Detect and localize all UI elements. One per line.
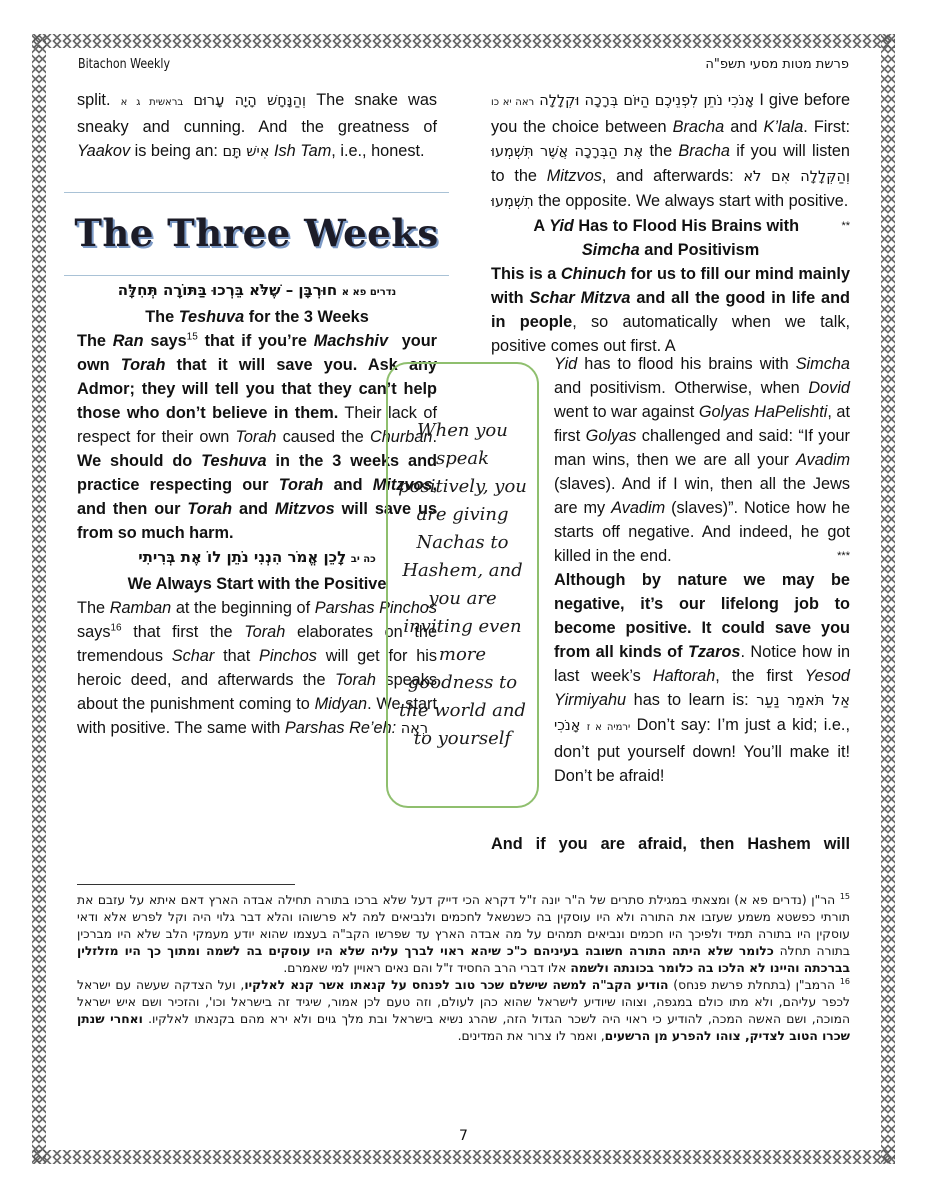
source-ref: בראשית ג א: [121, 97, 183, 108]
right-column-tail: And if you are afraid, then Hashem will: [491, 832, 850, 856]
paragraph-ran: The Ran says15 that if you’re Machshiv y…: [77, 329, 437, 545]
section-title-block: The Three Weeks: [64, 192, 449, 276]
right-column-wrap: Yid has to flood his brains with Simcha …: [554, 352, 850, 788]
paragraph-ramban: The Ramban at the beginning of Parshas P…: [77, 596, 437, 741]
hebrew-heading-2: לָכֵן אֱמֹר הִנְנִי נֹתֵן לוֹ אֶת בְּרִי…: [77, 545, 437, 572]
section-separator-2: ***: [837, 544, 850, 568]
footnote-15: 15 הר"ן (נדרים פא א) ומצאתי במגילת סתרים…: [77, 892, 850, 977]
publication-name: Bitachon Weekly: [78, 57, 170, 72]
hebrew-heading: חוּרְבָּן – שֶׁלֹּא בֵּרְכוּ בַּתּוֹרָה …: [77, 278, 437, 305]
intro-paragraph-right: ראה יא כו אָנֹכִי נֹתֵן לִפְנֵיכֶם הַיּו…: [491, 88, 850, 214]
footnote-separator: [77, 884, 295, 885]
subheading-teshuva: The Teshuva for the 3 Weeks: [77, 305, 437, 329]
right-column: ראה יא כו אָנֹכִי נֹתֵן לִפְנֵיכֶם הַיּו…: [491, 88, 850, 358]
parsha-header: פרשת מטות מסעי תשפ"ה: [705, 57, 849, 72]
pull-quote-text: When you speak positively, you are givin…: [388, 417, 537, 753]
border-bottom: [32, 1150, 895, 1164]
border-right: [881, 34, 895, 1164]
section-separator: **: [841, 214, 850, 238]
hebrew-quote: וְהַנָּחָשׁ הָיָה עָרוּם: [193, 93, 306, 109]
footnote-16: 16 הרמב"ן (בתחלת פרשת פנחס) הודיע הקב"ה …: [77, 977, 850, 1045]
paragraph-afraid: And if you are afraid, then Hashem will: [491, 832, 850, 856]
paragraph-dovid: Yid has to flood his brains with Simcha …: [554, 352, 850, 568]
subheading-positive: We Always Start with the Positive: [77, 572, 437, 596]
intro-paragraph: split. בראשית ג א וְהַנָּחָשׁ הָיָה עָרו…: [77, 88, 437, 164]
left-column: split. בראשית ג א וְהַנָּחָשׁ הָיָה עָרו…: [77, 88, 437, 164]
page-number: 7: [0, 1128, 927, 1144]
section-title: The Three Weeks: [64, 193, 449, 273]
border-top: [32, 34, 895, 48]
heading-flood-brains: A Yid Has to Flood His Brains with Simch…: [491, 214, 850, 262]
paragraph-chinuch: This is a Chinuch for us to fill our min…: [491, 262, 850, 358]
pull-quote-box: When you speak positively, you are givin…: [386, 362, 539, 808]
footnotes: 15 הר"ן (נדרים פא א) ומצאתי במגילת סתרים…: [77, 892, 850, 1045]
footnote-ref-16[interactable]: 16: [110, 623, 121, 634]
footnote-ref-15[interactable]: 15: [187, 332, 198, 343]
paragraph-tzaros: Although by nature we may be negative, i…: [554, 568, 850, 788]
left-column-body: חוּרְבָּן – שֶׁלֹּא בֵּרְכוּ בַּתּוֹרָה …: [77, 278, 437, 741]
border-left: [32, 34, 46, 1164]
